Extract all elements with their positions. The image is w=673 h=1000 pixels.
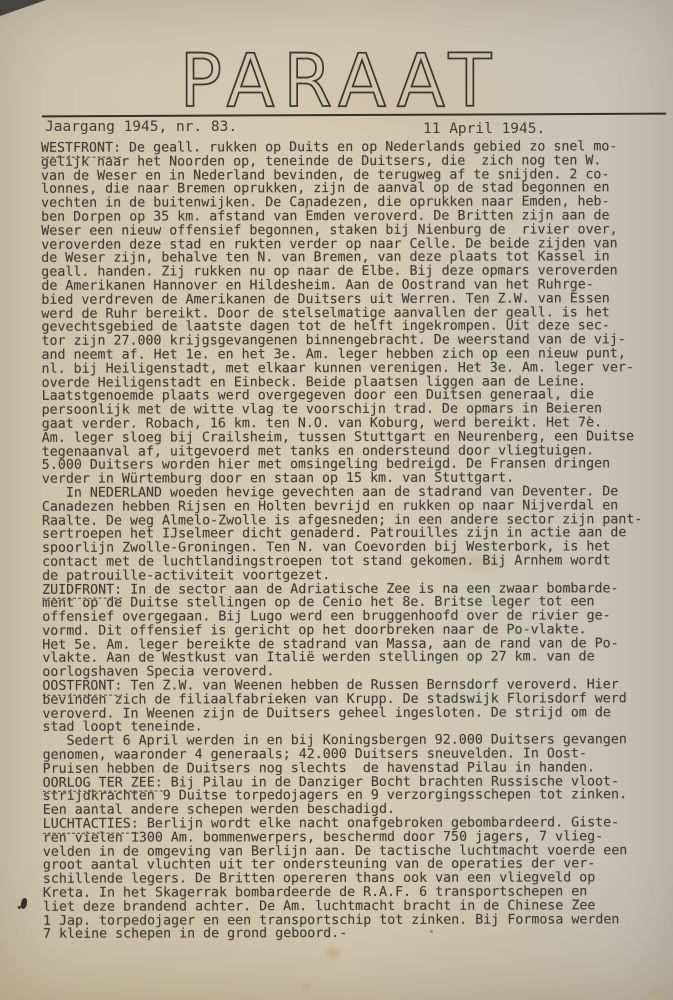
paper-speck: [588, 416, 591, 419]
body-lines: WESTFRONT: De geall. rukken op Duits en …: [41, 140, 667, 942]
masthead-title: PARAAT: [168, 45, 512, 118]
issue-date: 11 April 1945.: [423, 121, 545, 137]
paper-speck: [305, 206, 308, 209]
issue-number: Jaargang 1945, nr. 83.: [45, 119, 237, 135]
ink-blot-mark: [20, 897, 28, 909]
issue-row: Jaargang 1945, nr. 83. 11 April 1945.: [0, 119, 673, 139]
paper-corner-shadow: [0, 0, 46, 16]
newspaper-page: PARAAT Jaargang 1945, nr. 83. 11 April 1…: [0, 0, 673, 1000]
paper-speck: [430, 930, 433, 933]
text-line: contact met de luchtlandingstroepen tot …: [42, 554, 666, 569]
text-line: 7 kleine schepen in de grond geboord.-: [43, 927, 667, 942]
